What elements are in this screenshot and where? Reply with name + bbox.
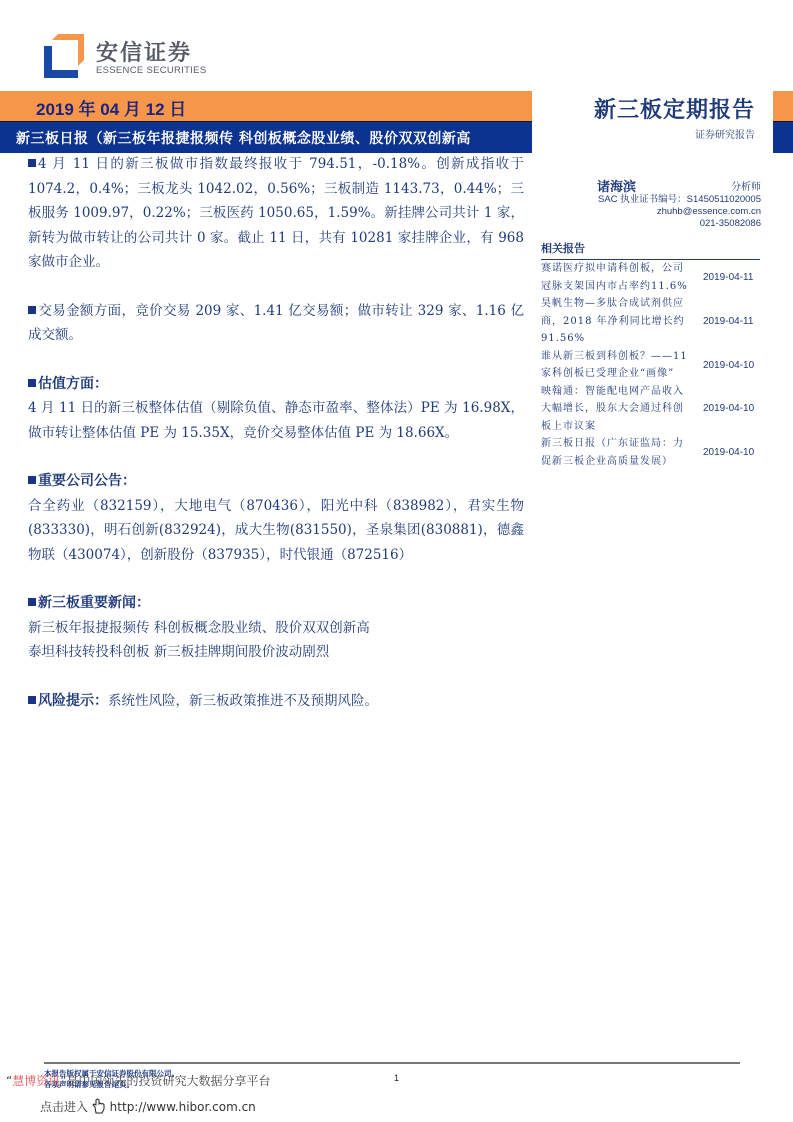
related-report-date: 2019-04-10 bbox=[703, 447, 754, 458]
essence-logo-mark-icon bbox=[44, 34, 84, 78]
valuation-title: 估值方面： bbox=[38, 376, 108, 392]
analyst-info: 诸海滨 分析师 SAC 执业证书编号：S1450511020005 zhuhb@… bbox=[551, 176, 761, 230]
related-report-date: 2019-04-11 bbox=[703, 272, 753, 283]
related-report-item[interactable]: 昊帆生物—多肽合成试剂供应商，2018 年净利同比增长约 91.56% 2019… bbox=[541, 295, 760, 348]
risk-text: 系统性风险，新三板政策推进不及预期风险。 bbox=[108, 693, 378, 709]
announcements-section-title: 重要公司公告： bbox=[28, 469, 524, 494]
bullet-square-icon bbox=[28, 696, 36, 704]
valuation-text: 4 月 11 日的新三板整体估值（剔除负值、静态市盈率、整体法）PE 为 16.… bbox=[28, 396, 524, 445]
essence-logo: 安信证券 ESSENCE SECURITIES bbox=[44, 34, 204, 78]
watermark-text: 是中国领先的投资研究大数据分享平台 bbox=[66, 1074, 270, 1088]
watermark-link[interactable]: 点击进入 http://www.hibor.com.cn bbox=[40, 1098, 256, 1115]
market-summary-text: 4 月 11 日的新三板做市指数最终报收于 794.51，-0.18%。创新成指… bbox=[28, 156, 524, 270]
report-type-title: 新三板定期报告 bbox=[594, 93, 755, 124]
bullet-square-icon bbox=[28, 306, 36, 314]
watermark-url[interactable]: http://www.hibor.com.cn bbox=[110, 1100, 256, 1114]
related-report-title: 昊帆生物—多肽合成试剂供应商，2018 年净利同比增长约 91.56% bbox=[541, 295, 691, 348]
related-report-item[interactable]: 赛诺医疗拟申请科创板，公司冠脉支架国内市占率约11.6% 2019-04-11 bbox=[541, 260, 760, 295]
report-headline: 新三板日报（新三板年报捷报频传 科创板概念股业绩、股价双双创新高 bbox=[16, 128, 532, 148]
brand-name-en: ESSENCE SECURITIES bbox=[96, 65, 206, 76]
analyst-phone: 021-35082086 bbox=[551, 218, 761, 230]
related-report-title: 赛诺医疗拟申请科创板，公司冠脉支架国内市占率约11.6% bbox=[541, 260, 691, 295]
report-body: 4 月 11 日的新三板做市指数最终报收于 794.51，-0.18%。创新成指… bbox=[28, 152, 524, 713]
trading-paragraph: 交易金额方面，竞价交易 209 家、1.41 亿交易额；做市转让 329 家、1… bbox=[28, 299, 524, 348]
bullet-square-icon bbox=[28, 476, 36, 484]
news-item: 泰坦科技转投科创板 新三板挂牌期间股价波动剧烈 bbox=[28, 640, 524, 665]
news-item: 新三板年报捷报频传 科创板概念股业绩、股价双双创新高 bbox=[28, 616, 524, 641]
hand-pointer-icon bbox=[92, 1098, 106, 1114]
related-report-date: 2019-04-10 bbox=[703, 403, 754, 414]
bullet-square-icon bbox=[28, 159, 36, 167]
watermark-line: “慧博资讯”是中国领先的投资研究大数据分享平台 bbox=[6, 1072, 270, 1089]
analyst-email[interactable]: zhuhb@essence.com.cn bbox=[551, 206, 761, 218]
related-report-date: 2019-04-10 bbox=[703, 360, 754, 371]
bullet-square-icon bbox=[28, 379, 36, 387]
watermark-brand: 慧博资讯 bbox=[12, 1074, 60, 1088]
analyst-sac-id: SAC 执业证书编号：S1450511020005 bbox=[551, 194, 761, 206]
analyst-title: 分析师 bbox=[731, 178, 761, 193]
related-report-date: 2019-04-11 bbox=[703, 316, 753, 327]
related-report-title: 谁从新三板到科创板？——11 家科创板已受理企业“画像” bbox=[541, 348, 691, 383]
related-report-title: 映翰通：智能配电网产品收入大幅增长，股东大会通过科创板上市议案 bbox=[541, 383, 691, 436]
bullet-square-icon bbox=[28, 598, 36, 606]
related-report-item[interactable]: 新三板日报（广东证监局：力促新三板企业高质量发展） 2019-04-10 bbox=[541, 435, 760, 470]
watermark-link-prefix: 点击进入 bbox=[40, 1100, 88, 1114]
market-summary-paragraph: 4 月 11 日的新三板做市指数最终报收于 794.51，-0.18%。创新成指… bbox=[28, 152, 524, 275]
valuation-section-title: 估值方面： bbox=[28, 372, 524, 397]
report-subtype: 证券研究报告 bbox=[695, 126, 755, 141]
footer-divider bbox=[44, 1062, 740, 1064]
news-section-title: 新三板重要新闻： bbox=[28, 591, 524, 616]
related-report-item[interactable]: 谁从新三板到科创板？——11 家科创板已受理企业“画像” 2019-04-10 bbox=[541, 348, 760, 383]
announcements-title: 重要公司公告： bbox=[38, 473, 136, 489]
header-orange-band-right bbox=[773, 91, 793, 121]
header-blue-band-right bbox=[773, 122, 793, 153]
related-report-title: 新三板日报（广东证监局：力促新三板企业高质量发展） bbox=[541, 435, 691, 470]
report-date: 2019 年 04 月 12 日 bbox=[36, 95, 186, 120]
analyst-name: 诸海滨 bbox=[597, 176, 636, 195]
related-reports-title: 相关报告 bbox=[541, 240, 760, 260]
risk-section: 风险提示：系统性风险，新三板政策推进不及预期风险。 bbox=[28, 689, 524, 714]
related-report-item[interactable]: 映翰通：智能配电网产品收入大幅增长，股东大会通过科创板上市议案 2019-04-… bbox=[541, 383, 760, 436]
trading-text: 交易金额方面，竞价交易 209 家、1.41 亿交易额；做市转让 329 家、1… bbox=[28, 303, 524, 344]
risk-title: 风险提示： bbox=[38, 693, 108, 709]
announcements-text: 合全药业（832159），大地电气（870436），阳光中科（838982），君… bbox=[28, 494, 524, 568]
news-title: 新三板重要新闻： bbox=[38, 595, 150, 611]
page-number: 1 bbox=[394, 1073, 399, 1083]
brand-name-cn: 安信证券 bbox=[96, 36, 192, 67]
related-reports: 相关报告 赛诺医疗拟申请科创板，公司冠脉支架国内市占率约11.6% 2019-0… bbox=[541, 240, 760, 470]
